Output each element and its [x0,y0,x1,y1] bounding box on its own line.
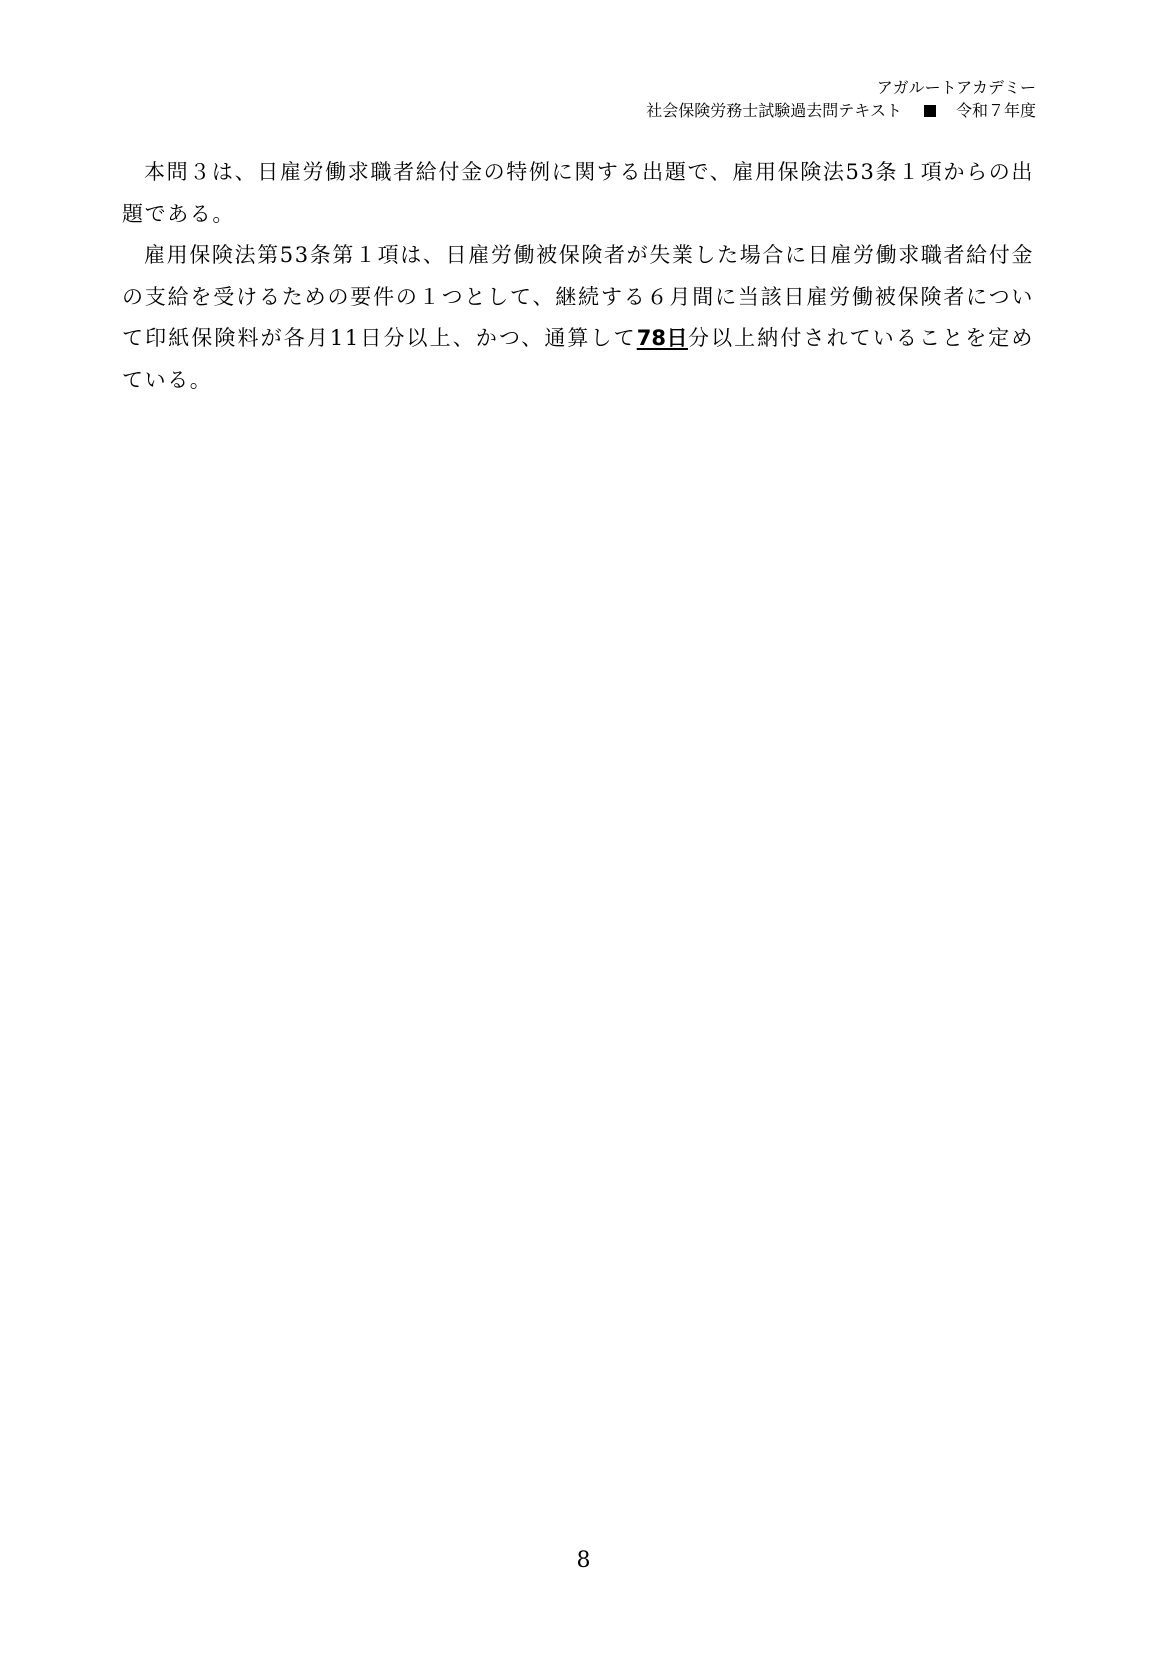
page-header: アガルートアカデミー 社会保険労務士試験過去問テキスト令和７年度 [646,76,1036,122]
text-title: 社会保険労務士試験過去問テキスト [646,101,902,120]
text-title-line: 社会保険労務士試験過去問テキスト令和７年度 [646,99,1036,122]
black-square-icon [924,105,936,117]
publisher-name: アガルートアカデミー [646,76,1036,99]
paragraph-1: 本問３は、日雇労働求職者給付金の特例に関する出題で、雇用保険法53条１項からの出… [122,152,1034,235]
document-body: 本問３は、日雇労働求職者給付金の特例に関する出題で、雇用保険法53条１項からの出… [122,152,1034,401]
highlighted-answer: 78日 [637,326,688,350]
paragraph-2: 雇用保険法第53条第１項は、日雇労働被保険者が失業した場合に日雇労働求職者給付金… [122,235,1034,401]
page-number: 8 [0,1548,1167,1573]
edition-year: 令和７年度 [956,101,1036,120]
